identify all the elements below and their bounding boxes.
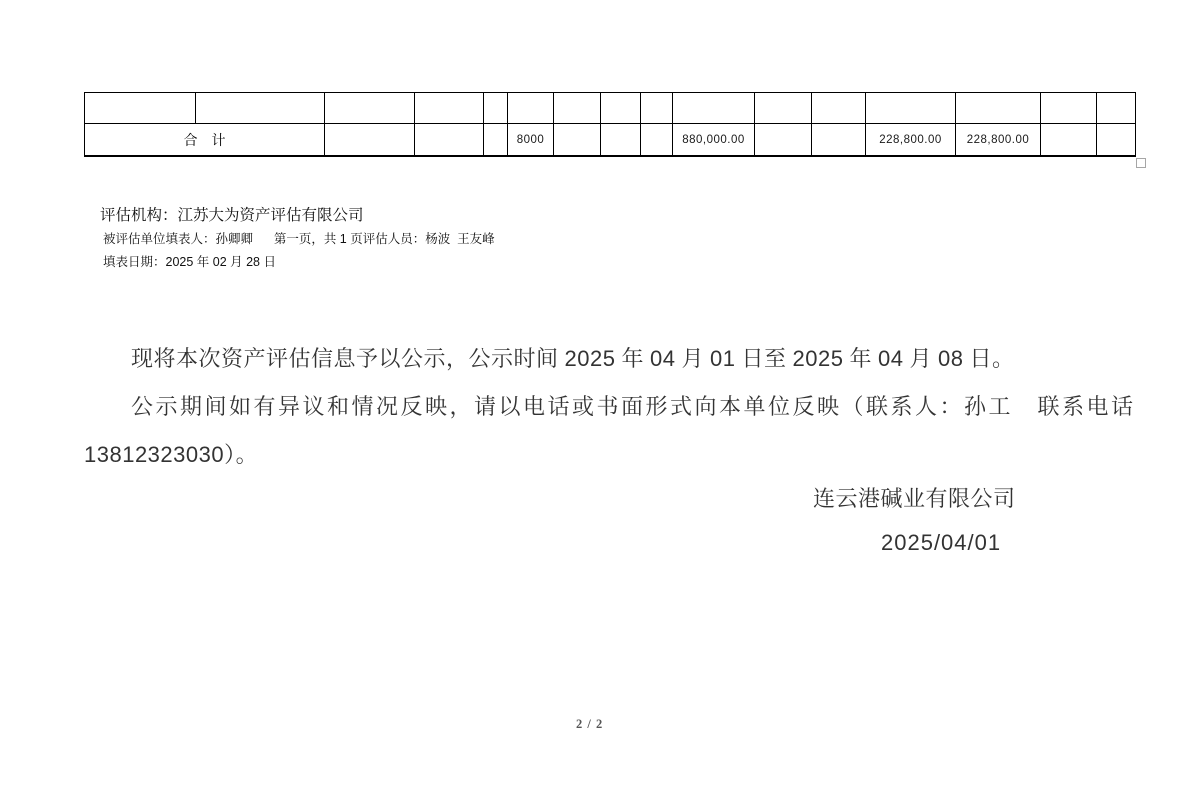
table-cell — [812, 93, 866, 124]
table-cell — [1041, 93, 1097, 124]
table-cell — [1097, 124, 1136, 157]
table-cell — [85, 93, 196, 124]
table-cell — [1041, 124, 1097, 157]
announcement-line-1: 现将本次资产评估信息予以公示，公示时间 2025 年 04 月 01 日至 20… — [131, 344, 1014, 373]
company-signature: 连云港碱业有限公司 — [813, 484, 1016, 513]
table-cell — [325, 124, 415, 157]
table-row-total: 合 计 8000 880,000.00 228,800.00 228,800.0… — [85, 124, 1136, 157]
page-number: 2 / 2 — [576, 717, 603, 732]
table-cell — [866, 93, 956, 124]
table-cell — [325, 93, 415, 124]
announcement-line-2: 公示期间如有异议和情况反映，请以电话或书面形式向本单位反映（联系人：孙工 联系电… — [131, 392, 1136, 421]
announcement-line-3: 13812323030）。 — [84, 440, 258, 469]
total-appraised-value-cell: 228,800.00 — [866, 124, 956, 157]
table-cell — [196, 93, 325, 124]
table-cell — [554, 124, 601, 157]
table-cell — [673, 93, 755, 124]
total-appraised-value-cell: 228,800.00 — [956, 124, 1041, 157]
table-cell — [1097, 93, 1136, 124]
signature-date: 2025/04/01 — [881, 529, 1001, 557]
empty-square-mark-icon — [1136, 158, 1146, 168]
table-cell — [641, 93, 673, 124]
table-cell — [415, 93, 484, 124]
summary-table: 合 计 8000 880,000.00 228,800.00 228,800.0… — [84, 92, 1136, 157]
table-cell — [484, 124, 508, 157]
table-cell — [641, 124, 673, 157]
table-cell — [415, 124, 484, 157]
total-label-cell: 合 计 — [85, 124, 325, 157]
table-cell — [755, 124, 812, 157]
table-row-empty — [85, 93, 1136, 124]
agency-line: 评估机构：江苏大为资产评估有限公司 — [100, 203, 364, 225]
preparer-line: 被评估单位填表人：孙卿卿 第一页，共 1 页评估人员：杨波 王友峰 — [103, 229, 495, 247]
table-cell — [956, 93, 1041, 124]
table-cell — [484, 93, 508, 124]
table-cell — [601, 124, 641, 157]
table-cell — [755, 93, 812, 124]
total-quantity-cell: 8000 — [508, 124, 554, 157]
table-cell — [601, 93, 641, 124]
table-cell — [508, 93, 554, 124]
document-page: 合 计 8000 880,000.00 228,800.00 228,800.0… — [0, 0, 1188, 809]
total-book-value-cell: 880,000.00 — [673, 124, 755, 157]
table-cell — [554, 93, 601, 124]
fill-date-line: 填表日期：2025 年 02 月 28 日 — [103, 252, 276, 270]
table-cell — [812, 124, 866, 157]
